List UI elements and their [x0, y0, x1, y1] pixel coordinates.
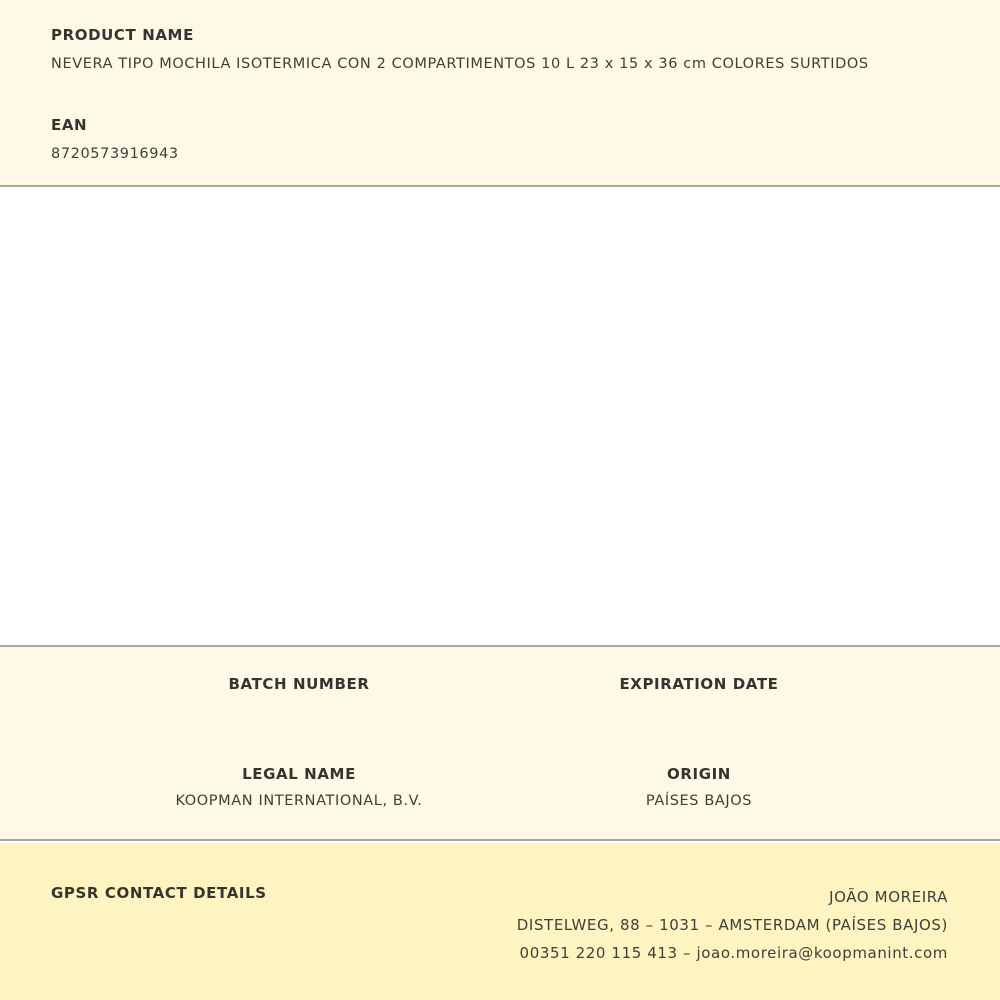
ean-label: EAN — [51, 116, 87, 134]
batch-number-field: BATCH NUMBER — [99, 675, 499, 693]
legal-name-label: LEGAL NAME — [99, 765, 499, 783]
legal-name-field: LEGAL NAME KOOPMAN INTERNATIONAL, B.V. — [99, 765, 499, 809]
expiration-date-field: EXPIRATION DATE — [499, 675, 899, 693]
contact-phone-email: 00351 220 115 413 – joao.moreira@koopman… — [517, 939, 948, 967]
gpsr-contact-block: JOÃO MOREIRA DISTELWEG, 88 – 1031 – AMST… — [517, 883, 948, 967]
contact-name: JOÃO MOREIRA — [517, 883, 948, 911]
gpsr-contact-label: GPSR CONTACT DETAILS — [51, 884, 267, 902]
expiration-date-label: EXPIRATION DATE — [499, 675, 899, 693]
product-info-section: PRODUCT NAME NEVERA TIPO MOCHILA ISOTERM… — [0, 0, 1000, 187]
product-name-label: PRODUCT NAME — [51, 26, 194, 44]
product-image-area — [0, 187, 1000, 645]
legal-name-value: KOOPMAN INTERNATIONAL, B.V. — [99, 793, 499, 809]
origin-label: ORIGIN — [499, 765, 899, 783]
gpsr-contact-section: GPSR CONTACT DETAILS JOÃO MOREIRA DISTEL… — [0, 843, 1000, 1000]
product-name-value: NEVERA TIPO MOCHILA ISOTERMICA CON 2 COM… — [51, 56, 869, 72]
batch-number-label: BATCH NUMBER — [99, 675, 499, 693]
ean-value: 8720573916943 — [51, 146, 179, 162]
origin-field: ORIGIN PAÍSES BAJOS — [499, 765, 899, 809]
contact-address: DISTELWEG, 88 – 1031 – AMSTERDAM (PAÍSES… — [517, 911, 948, 939]
origin-value: PAÍSES BAJOS — [499, 793, 899, 809]
details-section: BATCH NUMBER EXPIRATION DATE LEGAL NAME … — [0, 645, 1000, 841]
